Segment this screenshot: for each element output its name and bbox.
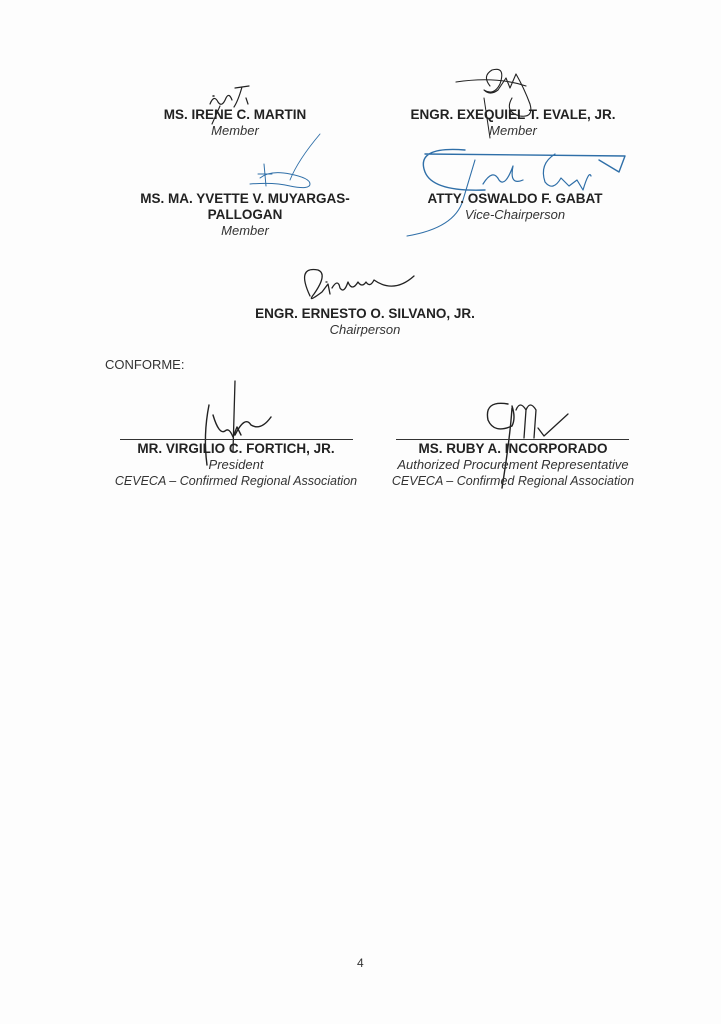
signatory-incorporado: MS. RUBY A. INCORPORADO Authorized Procu…: [378, 441, 648, 489]
page-number: 4: [357, 956, 364, 970]
signatory-name: MR. VIRGILIO C. FORTICH, JR.: [100, 441, 372, 457]
signature-muyargas-pallogan: [220, 130, 330, 200]
signatory-role: Member: [393, 123, 633, 139]
signatory-role: Chairperson: [240, 322, 490, 338]
signatory-name: ATTY. OSWALDO F. GABAT: [400, 191, 630, 207]
signatory-silvano: ENGR. ERNESTO O. SILVANO, JR. Chairperso…: [240, 306, 490, 338]
signatory-martin: MS. IRENE C. MARTIN Member: [130, 107, 340, 139]
signature-line-incorporado: [396, 439, 629, 440]
signatory-gabat: ATTY. OSWALDO F. GABAT Vice-Chairperson: [400, 191, 630, 223]
conforme-label: CONFORME:: [105, 357, 184, 372]
signatory-role: Member: [130, 123, 340, 139]
signatory-organization: CEVECA – Confirmed Regional Association: [100, 473, 372, 489]
signatory-name: ENGR. EXEQUIEL T. EVALE, JR.: [393, 107, 633, 123]
signatory-role: Vice-Chairperson: [400, 207, 630, 223]
signature-silvano: [290, 262, 410, 312]
signatory-role: President: [100, 457, 372, 473]
signature-line-fortich: [120, 439, 353, 440]
signatory-evale: ENGR. EXEQUIEL T. EVALE, JR. Member: [393, 107, 633, 139]
signatory-fortich: MR. VIRGILIO C. FORTICH, JR. President C…: [100, 441, 372, 489]
signatory-role: Authorized Procurement Representative: [378, 457, 648, 473]
signatory-name: ENGR. ERNESTO O. SILVANO, JR.: [240, 306, 490, 322]
signatory-name: MS. IRENE C. MARTIN: [130, 107, 340, 123]
signatory-name-line1: MS. MA. YVETTE V. MUYARGAS-: [110, 191, 380, 207]
signatory-role: Member: [110, 223, 380, 239]
signatory-muyargas-pallogan: MS. MA. YVETTE V. MUYARGAS- PALLOGAN Mem…: [110, 191, 380, 239]
signatory-organization: CEVECA – Confirmed Regional Association: [378, 473, 648, 489]
signatory-name-line2: PALLOGAN: [110, 207, 380, 223]
document-page: MS. IRENE C. MARTIN Member ENGR. EXEQUIE…: [0, 0, 721, 1024]
signatory-name: MS. RUBY A. INCORPORADO: [378, 441, 648, 457]
